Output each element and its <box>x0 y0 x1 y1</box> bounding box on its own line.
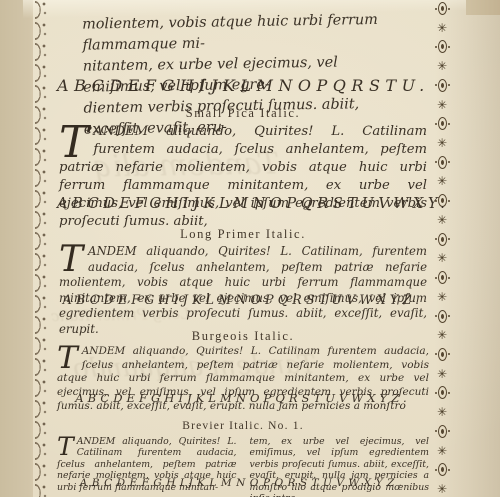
drop-cap: T <box>57 347 78 370</box>
bud-ornament-icon <box>438 425 447 438</box>
drop-cap: T <box>59 126 88 159</box>
asterisk-ornament-icon: ✳ <box>437 445 447 457</box>
specimen-paragraph: TANDEM aliquando, Quirites! L. Catilinam… <box>59 244 427 338</box>
asterisk-ornament-icon: ✳ <box>437 329 447 341</box>
bud-ornament-icon <box>438 348 447 361</box>
alphabet-row: ABCDEFGHIJKLMNOPQRSTUVWXY. <box>57 196 429 212</box>
specimen-heading: Long Primer Italic. <box>57 227 429 242</box>
drop-cap: T <box>57 437 74 456</box>
asterisk-ornament-icon: ✳ <box>437 368 447 380</box>
asterisk-ornament-icon: ✳ <box>437 291 447 303</box>
bud-ornament-icon <box>438 156 447 169</box>
bud-ornament-icon <box>438 386 447 399</box>
bud-ornament-icon <box>438 117 447 130</box>
right-ornament-border: ✳✳✳✳✳✳✳✳✳✳✳✳✳ <box>433 2 451 495</box>
alphabet-row: ABCDEFGHIJKLMNOPQRSTU. <box>57 76 429 95</box>
asterisk-ornament-icon: ✳ <box>437 214 447 226</box>
asterisk-ornament-icon: ✳ <box>437 406 447 418</box>
asterisk-ornament-icon: ✳ <box>437 175 447 187</box>
bud-ornament-icon <box>438 271 447 284</box>
asterisk-ornament-icon: ✳ <box>437 60 447 72</box>
asterisk-ornament-icon: ✳ <box>437 99 447 111</box>
alphabet-row: ABCDEFGHIJKLMNOPQRSTUVWXYZ. <box>57 391 429 405</box>
text-block: molientem, vobis atque huic urbi ferrum … <box>57 0 429 497</box>
bud-ornament-icon <box>438 2 447 15</box>
specimen-paragraph: TANDEM aliquando, Quirites! L. Catilinam… <box>59 123 427 231</box>
scanned-specimen-page: ✳✳✳✳✳✳✳✳✳✳✳✳✳ Tandem aliq Long Primer It… <box>0 0 500 497</box>
specimen-text: ANDEM aliquando, Quirites! L. Catilinam … <box>59 124 427 229</box>
bud-ornament-icon <box>438 40 447 53</box>
continuation-line: molientem, vobis atque huic urbi ferrum … <box>82 9 413 56</box>
bud-ornament-icon <box>438 310 447 323</box>
specimen-heading: Brevier Italic. No. 1. <box>57 420 429 432</box>
asterisk-ornament-icon: ✳ <box>437 137 447 149</box>
bud-ornament-icon <box>438 79 447 92</box>
alphabet-row: ABCDEFGHIJKLMNOPQRSTUVWXYZ. <box>57 292 429 307</box>
bud-ornament-icon <box>438 233 447 246</box>
asterisk-ornament-icon: ✳ <box>437 252 447 264</box>
page-edge-corner <box>466 0 500 15</box>
bud-ornament-icon <box>438 463 447 476</box>
drop-cap: T <box>59 246 83 273</box>
specimen-heading: Burgeois Italic. <box>57 329 429 344</box>
asterisk-ornament-icon: ✳ <box>437 22 447 34</box>
asterisk-ornament-icon: ✳ <box>437 483 447 495</box>
alphabet-row: ABCDEFGHIJKLMNOPQRSTUVWXYZ. <box>57 477 429 489</box>
paper-sheet: ✳✳✳✳✳✳✳✳✳✳✳✳✳ Tandem aliq Long Primer It… <box>33 0 500 497</box>
specimen-text: ANDEM aliquando, Quirites! L. Catilinam,… <box>59 244 427 336</box>
specimen-heading: Small Pica Italic. <box>57 106 429 121</box>
left-lace-border-icon <box>35 0 47 497</box>
